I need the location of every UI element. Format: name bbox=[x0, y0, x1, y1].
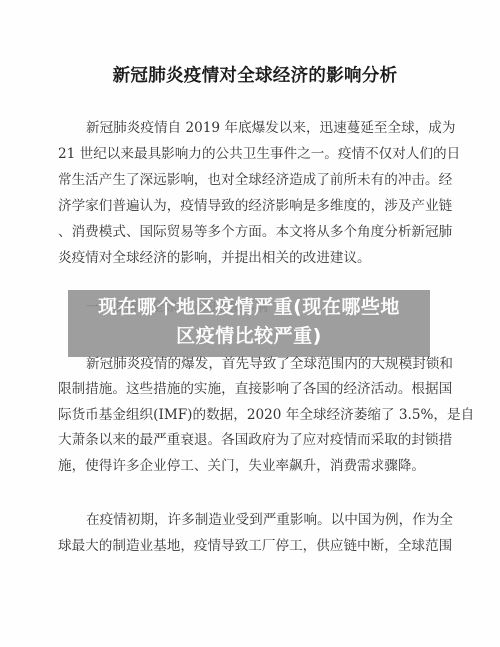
paragraph-3-line-2: 球最大的制造业基地，疫情导致工厂停工，供应链中断，全球范围 bbox=[58, 537, 438, 555]
paragraph-1-line-3: 常生活产生了深远影响，也对全球经济造成了前所未有的冲击。经 bbox=[58, 171, 438, 189]
paragraph-2-line-5: 施，使得许多企业停工、关门，失业率飙升，消费需求骤降。 bbox=[58, 457, 438, 475]
paragraph-2-line-3: 际货币基金组织(IMF)的数据，2020 年全球经济萎缩了 3.5%，是自 bbox=[58, 406, 438, 424]
paragraph-2-line-1: 新冠肺炎疫情的爆发，首先导致了全球范围内的大规模封锁和 bbox=[86, 355, 438, 373]
banner-text[interactable]: 现在哪个地区疫情严重(现在哪些地 区疫情比较严重) bbox=[68, 293, 430, 351]
paragraph-2-line-4: 大萧条以来的最严重衰退。各国政府为了应对疫情而采取的封锁措 bbox=[58, 431, 438, 449]
document-title: 新冠肺炎疫情对全球经济的影响分析 bbox=[0, 62, 500, 87]
paragraph-1-line-1: 新冠肺炎疫情自 2019 年底爆发以来，迅速蔓延至全球，成为 bbox=[86, 119, 438, 137]
paragraph-3-line-1: 在疫情初期，许多制造业受到严重影响。以中国为例，作为全 bbox=[86, 511, 438, 529]
paragraph-1-line-2: 21 世纪以来最具影响力的公共卫生事件之一。疫情不仅对人们的日 bbox=[58, 145, 438, 163]
document-page: 新冠肺炎疫情对全球经济的影响分析 新冠肺炎疫情自 2019 年底爆发以来，迅速蔓… bbox=[0, 0, 500, 647]
paragraph-1-line-5: 、消费模式、国际贸易等多个方面。本文将从多个角度分析新冠肺 bbox=[58, 223, 438, 241]
paragraph-2-line-2: 限制措施。这些措施的实施，直接影响了各国的经济活动。根据国 bbox=[58, 380, 438, 398]
paragraph-1-line-4: 济学家们普遍认为，疫情导致的经济影响是多维度的，涉及产业链 bbox=[58, 197, 438, 215]
overlay-banner[interactable]: 现在哪个地区疫情严重(现在哪些地 区疫情比较严重) bbox=[68, 290, 430, 357]
paragraph-1-line-6: 炎疫情对全球经济的影响，并提出相关的改进建议。 bbox=[58, 249, 438, 267]
banner-line-2: 区疫情比较严重) bbox=[74, 322, 424, 351]
banner-line-1: 现在哪个地区疫情严重(现在哪些地 bbox=[74, 293, 424, 322]
